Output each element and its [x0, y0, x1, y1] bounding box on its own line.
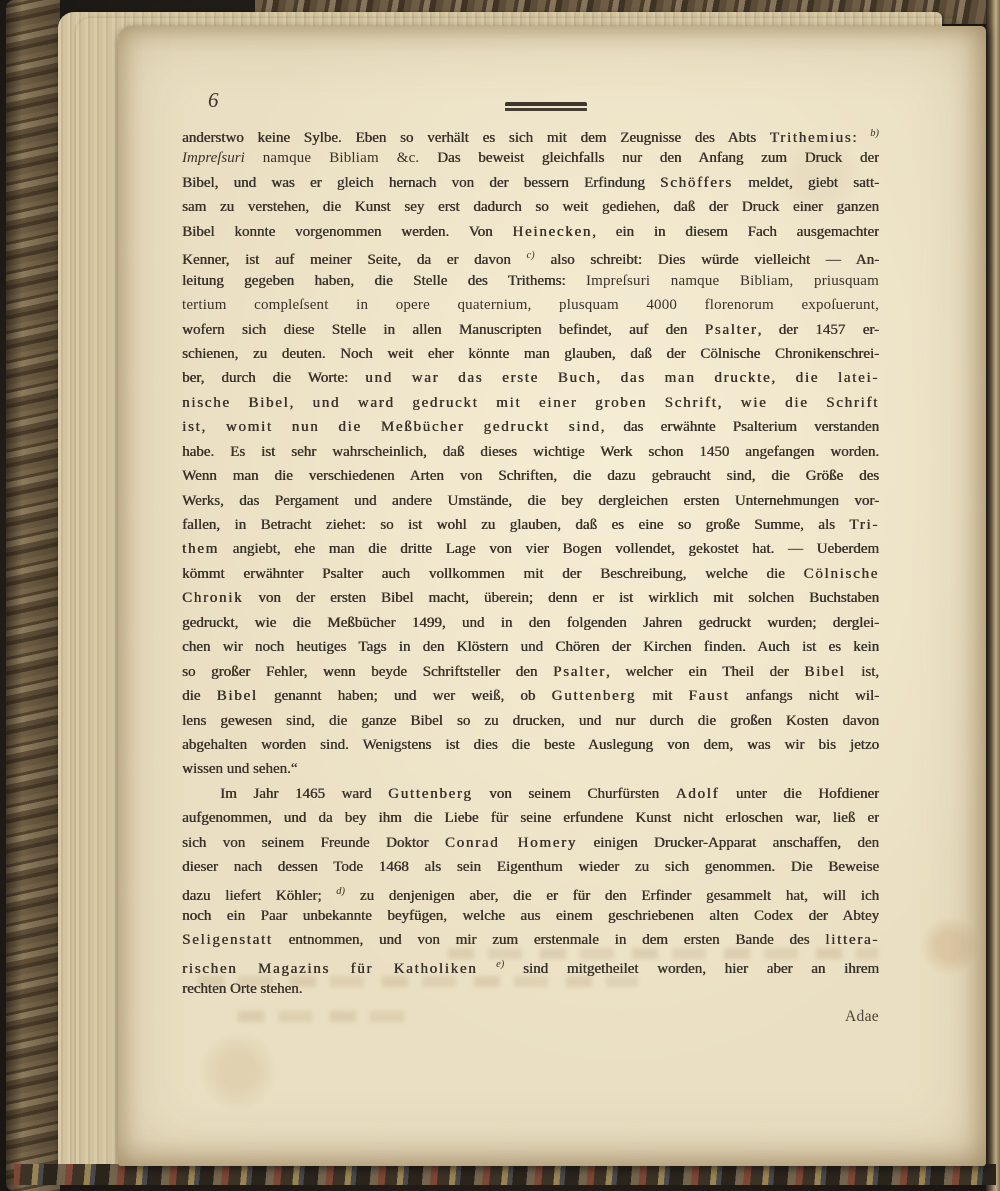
text-segment: Tri- — [849, 517, 879, 533]
text-segment: gedruckt, wie die Meßbücher 1499, und in… — [182, 615, 879, 631]
text-segment: nische Bibel, und ward gedruckt mit eine… — [182, 395, 879, 411]
text-line: Impreſsuri namque Bibliam &c. Das beweis… — [182, 146, 879, 170]
text-line: schienen, zu deuten. Noch weit eher könn… — [182, 342, 879, 366]
text-segment: Bibel, und was er gleich hernach von der… — [182, 175, 660, 191]
text-segment: Bibel — [804, 664, 845, 680]
text-line: Bibel, und was er gleich hernach von der… — [182, 171, 879, 195]
text-segment: Das beweist gleichfalls nur den Anfang z… — [419, 150, 879, 166]
text-line: chen wir noch heutiges Tags in den Klöst… — [182, 635, 879, 659]
text-segment: Guttenberg — [388, 786, 472, 802]
text-segment: Impreſsuri — [182, 150, 245, 166]
text-segment: chen wir noch heutiges Tags in den Klöst… — [182, 639, 879, 655]
text-segment: Faust — [688, 688, 729, 704]
text-segment: das erwähnte Psalterium verstanden — [606, 419, 879, 435]
text-segment: kömmt erwähnter Psalter auch vollkommen … — [182, 566, 803, 582]
text-segment: Im Jahr 1465 ward — [220, 786, 388, 802]
text-line: fallen, in Betracht ziehet: so ist wohl … — [182, 513, 879, 537]
text-segment: them — [182, 541, 219, 557]
text-segment: wissen und sehen.“ — [182, 761, 297, 777]
text-segment: Kenner, ist auf meiner Seite, da er davo… — [182, 252, 526, 268]
text-segment: habe. Es ist sehr wahrscheinlich, daß di… — [182, 444, 879, 460]
text-line: leitung gegeben haben, die Stelle des Tr… — [182, 269, 879, 293]
marbled-cover-edge-bottom — [14, 1164, 996, 1185]
text-line: Seligenstatt entnommen, und von mir zum … — [182, 928, 879, 952]
text-segment: Psalter — [705, 322, 758, 338]
text-line: dieser nach dessen Tode 1468 als sein Ei… — [182, 855, 879, 879]
double-rule-ornament-icon — [505, 102, 587, 112]
body-text-block: anderstwo keine Sylbe. Eben so verhält e… — [182, 122, 879, 1029]
text-segment: Schöffers — [660, 175, 733, 191]
text-segment: aufgenommen, und da bey ihm die Liebe fü… — [182, 810, 879, 826]
text-line: tertium compleſsent in opere quaternium,… — [182, 293, 879, 317]
text-segment: Wenn man die verschiedenen Arten von Sch… — [182, 468, 879, 484]
text-segment: Chronik — [182, 590, 243, 606]
text-segment: meldet, giebt satt- — [733, 175, 879, 191]
scanned-book-photo: { "document": { "page_number": "6", "cat… — [0, 0, 1000, 1191]
text-segment: von der ersten Bibel macht, überein; den… — [243, 590, 879, 606]
text-segment: Guttenberg — [552, 688, 636, 704]
text-segment: namque Bibliam &c. — [245, 150, 420, 166]
text-line: so großer Fehler, wenn beyde Schriftstel… — [182, 660, 879, 684]
text-segment: mit — [636, 688, 688, 704]
text-line: die Bibel genannt haben; und wer weiß, o… — [182, 684, 879, 708]
book-page: 6 anderstwo keine Sylbe. Eben so verhält… — [118, 26, 986, 1166]
text-segment: lens gewesen sind, die ganze Bibel so zu… — [182, 713, 879, 729]
text-segment: einigen Drucker-Apparat anschaffen, den — [577, 835, 879, 851]
text-segment: Bibel konnte vorgenommen werden. Von — [182, 224, 512, 240]
text-segment: fallen, in Betracht ziehet: so ist wohl … — [182, 517, 849, 533]
text-line: Bibel konnte vorgenommen werden. Von Hei… — [182, 220, 879, 244]
text-segment: littera- — [825, 932, 879, 948]
text-line: nische Bibel, und ward gedruckt mit eine… — [182, 391, 879, 415]
text-line: Werks, das Pergament und andere Umstände… — [182, 489, 879, 513]
text-segment: , der 1457 er- — [758, 322, 879, 338]
text-line: lens gewesen sind, die ganze Bibel so zu… — [182, 709, 879, 733]
text-line: kömmt erwähnter Psalter auch vollkommen … — [182, 562, 879, 586]
text-segment: , welcher ein Theil der — [606, 664, 804, 680]
text-segment: dieser nach dessen Tode 1468 als sein Ei… — [182, 859, 879, 875]
text-segment: Heinecken — [512, 224, 592, 240]
text-segment: und war das erste Buch, das man druckte,… — [365, 370, 879, 386]
text-line: sich von seinem Freunde Doktor Conrad Ho… — [182, 831, 879, 855]
text-line: aufgenommen, und da bey ihm die Liebe fü… — [182, 806, 879, 830]
text-segment: angiebt, ehe man die dritte Lage von vie… — [219, 541, 879, 557]
text-segment: Werks, das Pergament und andere Umstände… — [182, 493, 879, 509]
text-segment: Impreſsuri namque Bibliam, priusquam — [586, 273, 879, 289]
text-line: habe. Es ist sehr wahrscheinlich, daß di… — [182, 440, 879, 464]
catchword: Adae — [182, 1005, 879, 1029]
text-segment: schienen, zu deuten. Noch weit eher könn… — [182, 346, 879, 362]
text-line: Wenn man die verschiedenen Arten von Sch… — [182, 464, 879, 488]
text-segment: die — [182, 688, 217, 704]
text-segment: so großer Fehler, wenn beyde Schriftstel… — [182, 664, 553, 680]
text-segment: sind mitgetheilet worden, hier aber an i… — [504, 961, 879, 977]
footnote-marker: b) — [870, 128, 879, 139]
binding-gutter-right — [986, 0, 1000, 1191]
text-line: gedruckt, wie die Meßbücher 1499, und in… — [182, 611, 879, 635]
marbled-cover-edge-left — [6, 0, 60, 1191]
text-segment: genannt haben; und wer weiß, ob — [258, 688, 552, 704]
text-line: Chronik von der ersten Bibel macht, über… — [182, 586, 879, 610]
text-segment: Adolf — [676, 786, 720, 802]
text-segment: dazu liefert Köhler; — [182, 888, 336, 904]
text-segment — [477, 961, 496, 977]
text-segment: , ein in diesem Fach ausgemachter — [592, 224, 879, 240]
text-segment: leitung gegeben haben, die Stelle des Tr… — [182, 273, 586, 289]
text-line: ber, durch die Worte: und war das erste … — [182, 366, 879, 390]
text-line: noch ein Paar unbekannte beyfügen, welch… — [182, 904, 879, 928]
text-segment: rechten Orte stehen. — [182, 981, 302, 997]
text-segment: Seligenstatt — [182, 932, 273, 948]
text-segment: Conrad Homery — [445, 835, 577, 851]
text-segment: tertium compleſsent in opere quaternium,… — [182, 297, 879, 313]
footnote-marker: c) — [526, 250, 534, 261]
text-segment: ist, — [845, 664, 879, 680]
text-segment: Bibel — [217, 688, 258, 704]
text-line: dazu liefert Köhler; d) zu denjenigen ab… — [182, 880, 879, 904]
text-line: wissen und sehen.“ — [182, 757, 879, 781]
text-segment: zu denjenigen aber, die er für den Erfin… — [345, 888, 879, 904]
text-segment: sam zu verstehen, die Kunst sey erst dad… — [182, 199, 879, 215]
text-segment: Cölnische — [803, 566, 879, 582]
text-line: abgehalten worden sind. Wenigstens ist d… — [182, 733, 879, 757]
page-number: 6 — [208, 88, 219, 113]
text-segment: von seinem Churfürsten — [473, 786, 676, 802]
text-segment: sich von seinem Freunde Doktor — [182, 835, 445, 851]
text-segment: Psalter — [553, 664, 606, 680]
text-line: anderstwo keine Sylbe. Eben so verhält e… — [182, 122, 879, 146]
text-segment: also schreibt: Dies würde vielleicht — A… — [535, 252, 879, 268]
text-lines: anderstwo keine Sylbe. Eben so verhält e… — [182, 122, 879, 1002]
text-line: rischen Magazins für Katholiken e) sind … — [182, 953, 879, 977]
text-segment: anderstwo keine Sylbe. Eben so verhält e… — [182, 130, 770, 146]
text-segment: anfangs nicht wil- — [730, 688, 879, 704]
text-segment: Trithemius — [770, 130, 853, 146]
text-line: ist, womit nun die Meßbücher gedruckt si… — [182, 415, 879, 439]
text-line: Im Jahr 1465 ward Guttenberg von seinem … — [182, 782, 879, 806]
text-segment: rischen Magazins für Katholiken — [182, 961, 477, 977]
text-segment: unter die Hofdiener — [719, 786, 879, 802]
text-segment: wofern sich diese Stelle in allen Manusc… — [182, 322, 705, 338]
text-segment: abgehalten worden sind. Wenigstens ist d… — [182, 737, 879, 753]
footnote-marker: d) — [336, 886, 345, 897]
text-line: Kenner, ist auf meiner Seite, da er davo… — [182, 244, 879, 268]
text-segment: noch ein Paar unbekannte beyfügen, welch… — [182, 908, 879, 924]
text-segment: : — [852, 130, 870, 146]
text-line: sam zu verstehen, die Kunst sey erst dad… — [182, 195, 879, 219]
text-line: rechten Orte stehen. — [182, 977, 879, 1001]
text-segment: ber, durch die Worte: — [182, 370, 365, 386]
text-line: them angiebt, ehe man die dritte Lage vo… — [182, 537, 879, 561]
text-segment: ist, womit nun die Meßbücher gedruckt si… — [182, 419, 606, 435]
text-segment: entnommen, und von mir zum erstenmale in… — [273, 932, 826, 948]
text-line: wofern sich diese Stelle in allen Manusc… — [182, 318, 879, 342]
